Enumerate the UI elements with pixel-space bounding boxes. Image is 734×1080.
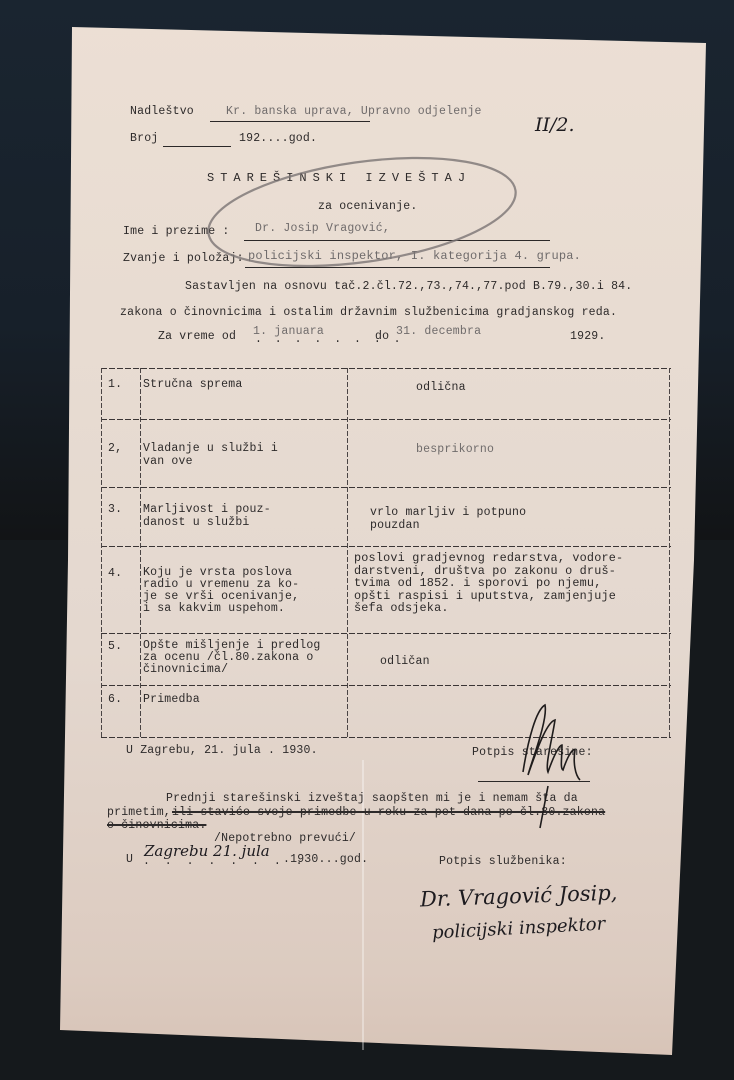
annotation-overlay: [0, 0, 734, 1080]
pencil-ellipse: [202, 141, 523, 283]
superior-signature-scribble: [523, 705, 580, 828]
